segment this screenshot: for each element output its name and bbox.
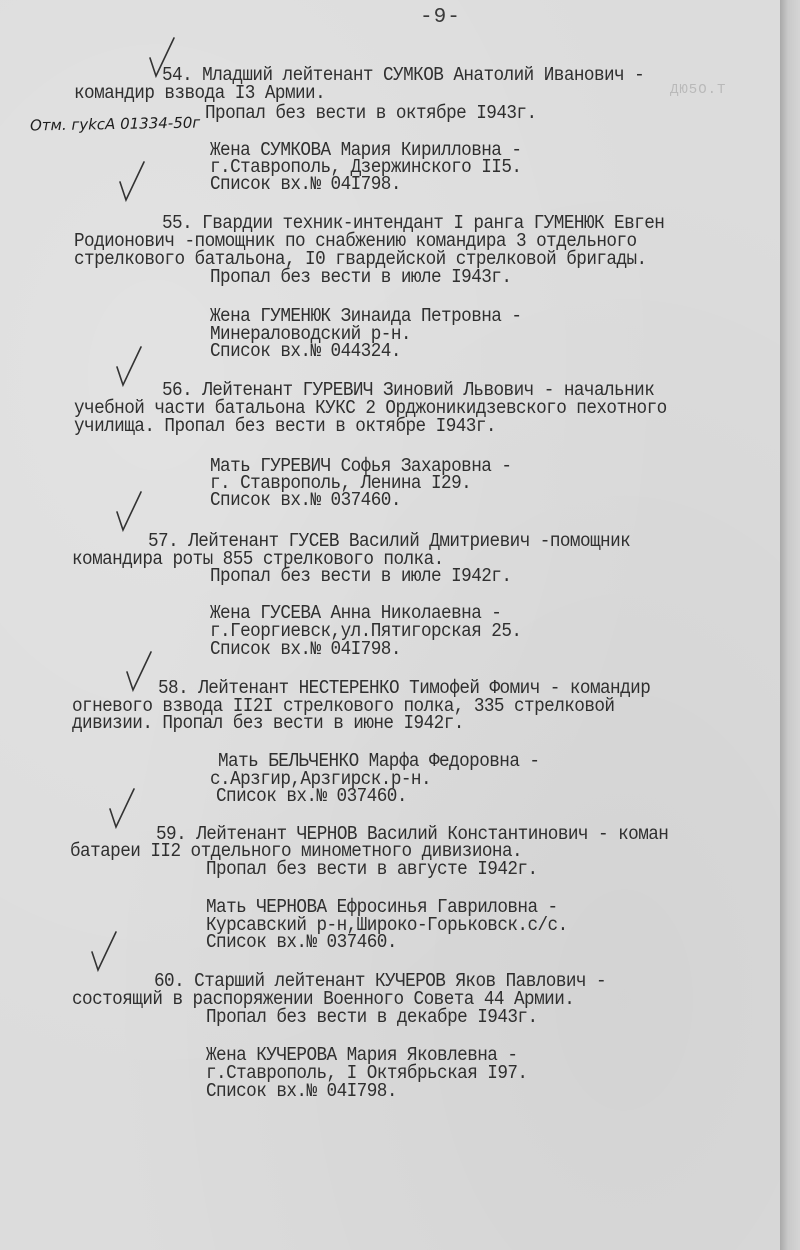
entry-56-relative-3: Список вх.№ 037460.: [210, 491, 401, 510]
entry-54-relative-3: Список вх.№ 04I798.: [210, 175, 401, 194]
handwritten-margin-note: Отм. гуkcA 01334-50г: [30, 114, 201, 135]
page-binding-edge: [780, 0, 800, 1250]
checkmark-icon: [115, 490, 145, 535]
entry-60-relative-3: Список вх.№ 04I798.: [206, 1082, 397, 1101]
checkmark-icon: [115, 345, 145, 390]
entry-55-line-4: Пропал без вести в июле I943г.: [210, 268, 511, 287]
entry-57-line-3: Пропал без вести в июле I942г.: [210, 567, 511, 586]
entry-59-relative-3: Список вх.№ 037460.: [206, 933, 397, 952]
checkmark-icon: [125, 650, 155, 695]
entry-56-line-3: училища. Пропал без вести в октябре I943…: [74, 417, 496, 436]
entry-58-relative-3: Список вх.№ 037460.: [216, 787, 407, 806]
entry-54-line-2: командир взвода I3 Армии.: [74, 84, 325, 103]
checkmark-icon: [108, 787, 138, 832]
entry-58-line-3: дивизии. Пропал без вести в июне I942г.: [72, 714, 464, 733]
checkmark-icon: [90, 930, 120, 975]
entry-57-relative-3: Список вх.№ 04I798.: [210, 640, 401, 659]
entry-60-line-3: Пропал без вести в декабре I943г.: [206, 1008, 538, 1027]
page-number: -9-: [420, 6, 461, 29]
faded-stamp: ДЮ5О.Т: [670, 82, 726, 98]
entry-55-relative-3: Список вх.№ 044324.: [210, 342, 401, 361]
entry-59-line-3: Пропал без вести в августе I942г.: [206, 860, 538, 879]
checkmark-icon: [118, 160, 148, 205]
document-page: -9- ДЮ5О.Т Отм. гуkcA 01334-50г 54. Млад…: [0, 0, 780, 1250]
entry-54-line-3: Пропал без вести в октябре I943г.: [205, 104, 537, 123]
